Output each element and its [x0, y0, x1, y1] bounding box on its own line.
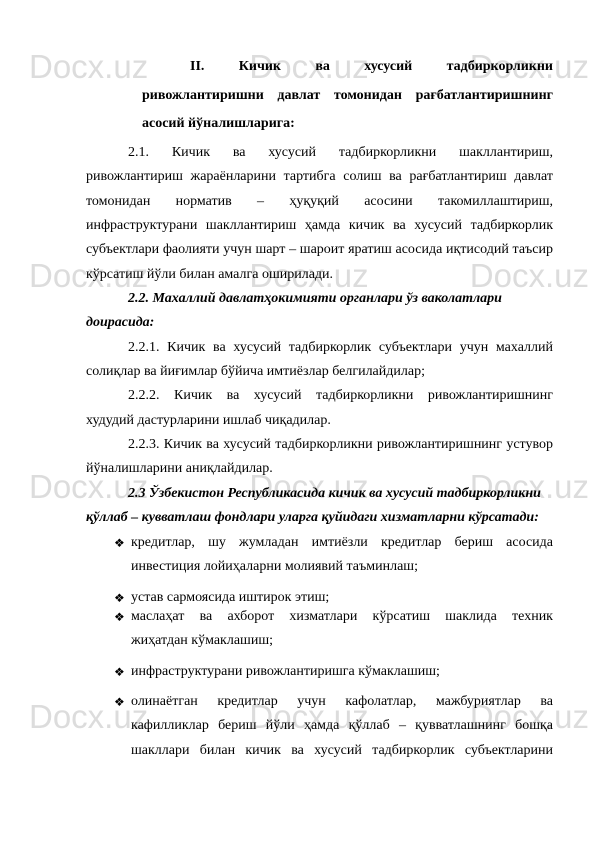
paragraph-line: томонидан норматив – ҳуқуқий асосини так…	[86, 194, 553, 210]
paragraph-line: субъектлари фаолияти учун шарт – шароит …	[86, 242, 553, 258]
list-item-line: маслаҳат ва ахборот хизматлари кўрсатиш …	[131, 609, 553, 625]
subsection-title-line: 2.2. Махаллий давлатҳокимияти органлари …	[128, 291, 595, 307]
list-item-line: кредитлар, шу жумладан имтиёзли кредитла…	[131, 535, 553, 551]
heading-line: ривожлантиришни давлат томонидан рағбатл…	[142, 88, 553, 104]
diamond-bullet-icon: ❖	[114, 535, 125, 551]
watermark: Docx.uz	[29, 50, 148, 84]
paragraph-line: инфраструктурани шакллантириш ҳамда кичи…	[86, 218, 553, 234]
paragraph-line: худудий дастурларини ишлаб чиқадилар.	[86, 413, 553, 429]
list-item-line: инфраструктурани ривожлантиришга кўмакла…	[131, 664, 595, 680]
diamond-bullet-icon: ❖	[114, 694, 125, 710]
list-item-line: кафилликлар бериш йўли ҳамда қўллаб – қу…	[131, 718, 553, 734]
list-item-line: олинаётган кредитлар учун кафолатлар, ма…	[131, 694, 553, 710]
paragraph-line: 2.2.2. Кичик ва хусусий тадбиркорликни р…	[128, 388, 553, 404]
heading-line: асосий йўналишларига:	[142, 116, 595, 132]
heading-line: II. Кичик ва хусусий тадбиркорликни	[190, 59, 553, 75]
diamond-bullet-icon: ❖	[114, 664, 125, 680]
subsection-title-line: 2.3 Ўзбекистон Республикасида кичик ва х…	[128, 486, 595, 502]
diamond-bullet-icon: ❖	[114, 609, 125, 625]
paragraph-line: 2.2.1. Кичик ва хусусий тадбиркорлик суб…	[128, 340, 553, 356]
list-item-line: устав сармоясида иштирок этиш;	[131, 590, 595, 606]
subsection-title-line: доирасида:	[86, 315, 553, 331]
list-item-line: жиҳатдан кўмаклашиш;	[131, 633, 595, 649]
paragraph-line: 2.2.3. Кичик ва хусусий тадбиркорликни р…	[128, 437, 553, 453]
list-item-line: инвестиция лойиҳаларни молиявий таъминла…	[131, 559, 595, 575]
subsection-title-line: қўллаб – кувватлаш фондлари уларга қуйид…	[86, 510, 553, 526]
paragraph-line: ривожлантириш жараёнларини тартибга соли…	[86, 169, 553, 185]
paragraph-line: кўрсатиш йўли билан амалга оширилади.	[86, 267, 553, 283]
document-page: Docx.uz Docx.uz Docx.uz Docx.uz Docx.uz …	[0, 0, 595, 842]
diamond-bullet-icon: ❖	[114, 590, 125, 606]
paragraph-line: йўналишларини аниқлайдилар.	[86, 461, 553, 477]
paragraph-line: 2.1. Кичик ва хусусий тадбиркорликни шак…	[128, 145, 553, 161]
paragraph-line: солиқлар ва йиғимлар бўйича имтиёзлар бе…	[86, 364, 553, 380]
list-item-line: шакллари билан кичик ва хусусий тадбирко…	[131, 743, 553, 759]
